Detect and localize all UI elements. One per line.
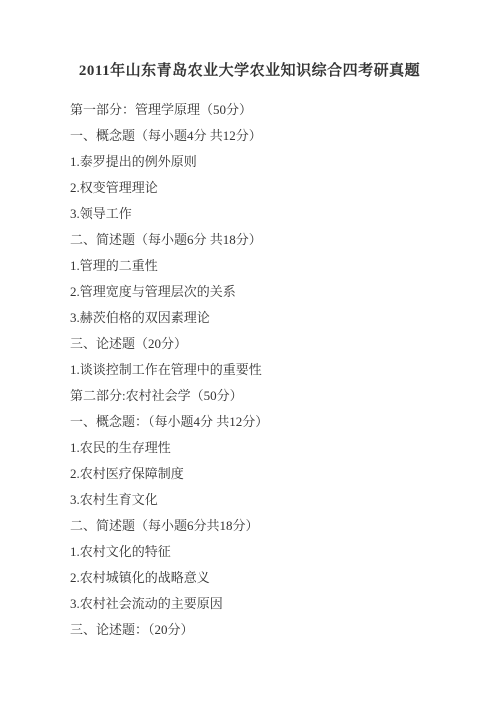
document-line: 2.农村城镇化的战略意义 <box>70 571 459 585</box>
document-line: 1.农民的生存理性 <box>70 441 459 455</box>
document-body: 第一部分：管理学原理（50分）一、概念题（每小题4分 共12分）1.泰罗提出的例… <box>0 103 499 637</box>
document-line: 三、论述题：（20分） <box>70 623 459 637</box>
document-line: 一、概念题（每小题4分 共12分） <box>70 129 459 143</box>
document-line: 2.农村医疗保障制度 <box>70 467 459 481</box>
document-line: 3.赫茨伯格的双因素理论 <box>70 311 459 325</box>
document-line: 二、简述题（每小题6分共18分） <box>70 519 459 533</box>
document-line: 3.农村生育文化 <box>70 493 459 507</box>
document-line: 1.泰罗提出的例外原则 <box>70 155 459 169</box>
document-page: 2011年山东青岛农业大学农业知识综合四考研真题 第一部分：管理学原理（50分）… <box>0 0 499 706</box>
document-line: 第二部分:农村社会学（50分） <box>70 389 459 403</box>
document-title: 2011年山东青岛农业大学农业知识综合四考研真题 <box>0 0 499 80</box>
document-line: 三、论述题（20分） <box>70 337 459 351</box>
document-line: 1.农村文化的特征 <box>70 545 459 559</box>
document-line: 第一部分：管理学原理（50分） <box>70 103 459 117</box>
document-line: 3.农村社会流动的主要原因 <box>70 597 459 611</box>
document-line: 1.谈谈控制工作在管理中的重要性 <box>70 363 459 377</box>
document-line: 2.权变管理理论 <box>70 181 459 195</box>
document-line: 二、简述题（每小题6分 共18分） <box>70 233 459 247</box>
document-line: 一、概念题：（每小题4分 共12分） <box>70 415 459 429</box>
document-line: 2.管理宽度与管理层次的关系 <box>70 285 459 299</box>
document-line: 1.管理的二重性 <box>70 259 459 273</box>
document-line: 3.领导工作 <box>70 207 459 221</box>
